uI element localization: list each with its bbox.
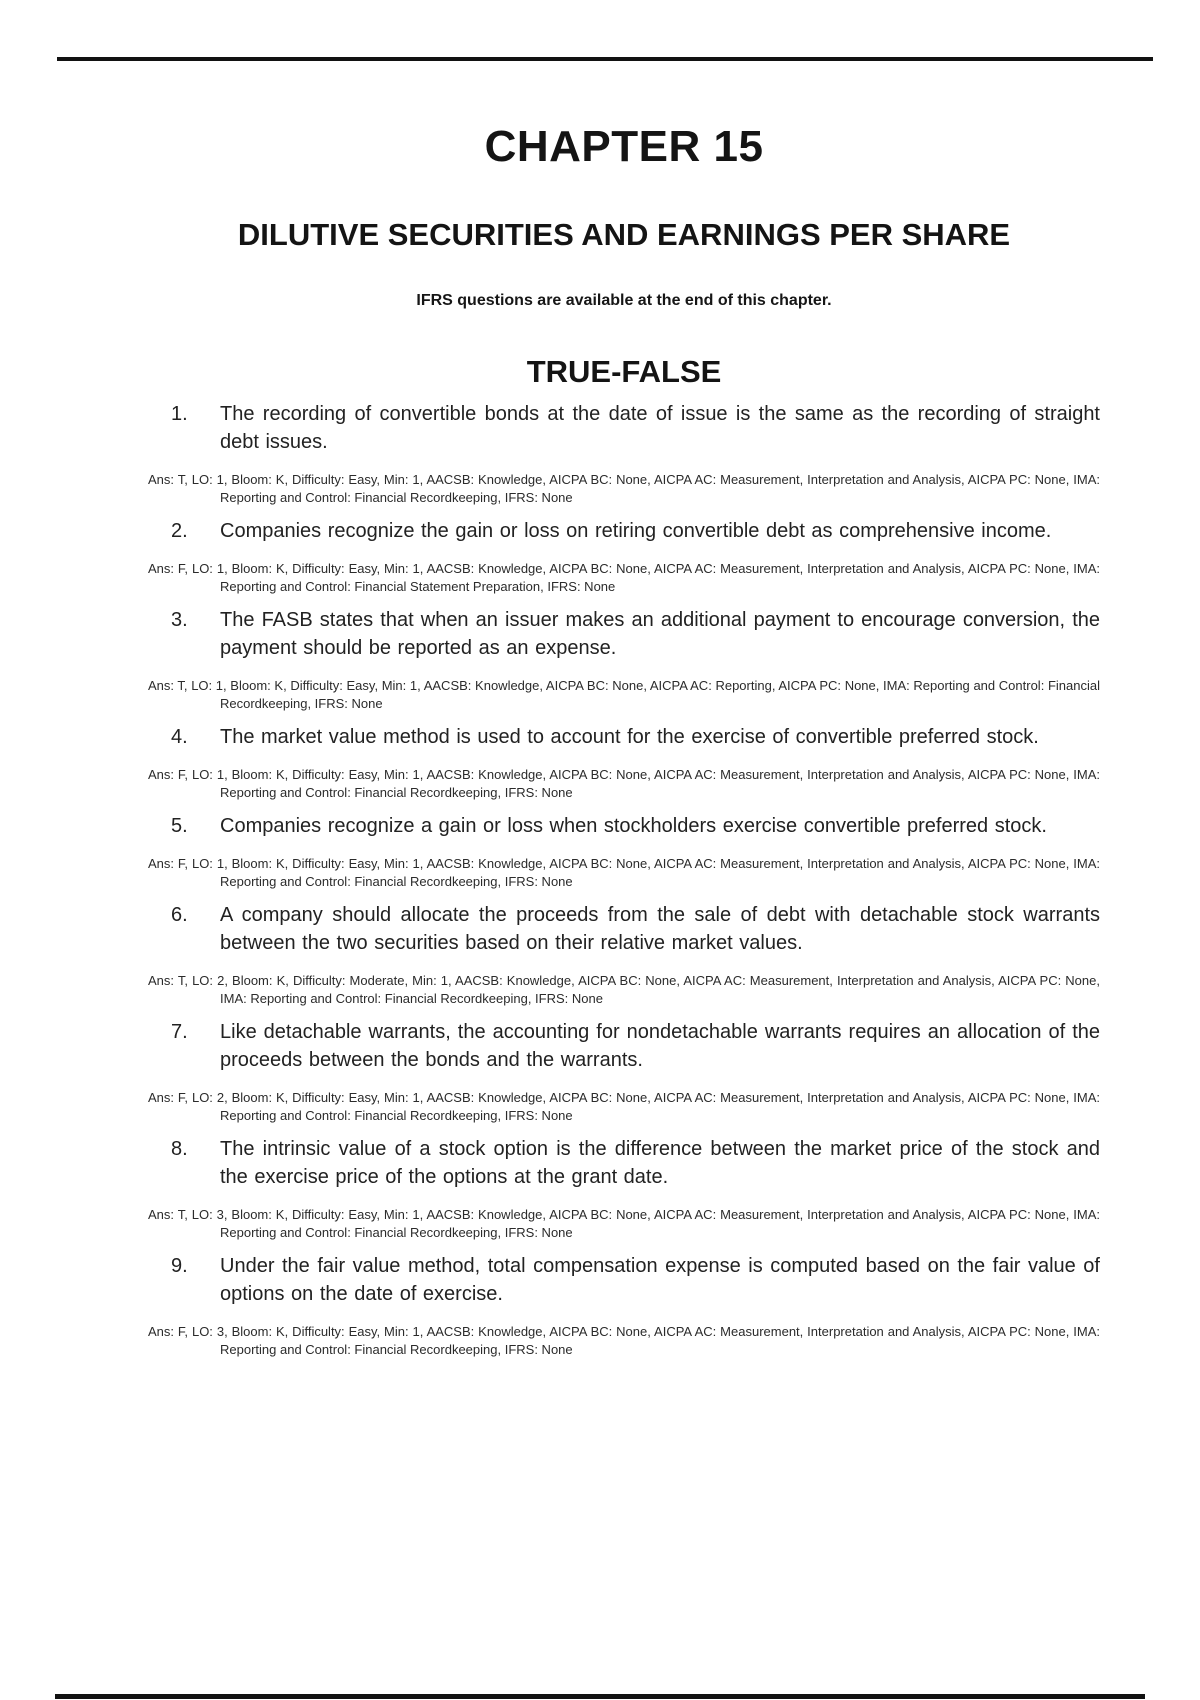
question-number: 9. xyxy=(148,1252,220,1308)
question-number: 8. xyxy=(148,1135,220,1191)
question-number: 4. xyxy=(148,723,220,751)
answer-line: Ans: T, LO: 1, Bloom: K, Difficulty: Eas… xyxy=(148,677,1100,713)
question-text: Companies recognize a gain or loss when … xyxy=(220,812,1100,840)
question: 9. Under the fair value method, total co… xyxy=(148,1252,1100,1308)
question: 7. Like detachable warrants, the account… xyxy=(148,1018,1100,1074)
question-text: A company should allocate the proceeds f… xyxy=(220,901,1100,957)
question-text: Companies recognize the gain or loss on … xyxy=(220,517,1100,545)
answer-line: Ans: T, LO: 3, Bloom: K, Difficulty: Eas… xyxy=(148,1206,1100,1242)
answer-line: Ans: F, LO: 2, Bloom: K, Difficulty: Eas… xyxy=(148,1089,1100,1125)
question-block: 2. Companies recognize the gain or loss … xyxy=(148,517,1100,596)
document-page: CHAPTER 15 DILUTIVE SECURITIES AND EARNI… xyxy=(0,0,1200,1700)
question: 3. The FASB states that when an issuer m… xyxy=(148,606,1100,662)
section-heading: TRUE-FALSE xyxy=(148,354,1100,390)
question-text: The recording of convertible bonds at th… xyxy=(220,400,1100,456)
question: 8. The intrinsic value of a stock option… xyxy=(148,1135,1100,1191)
answer-line: Ans: T, LO: 2, Bloom: K, Difficulty: Mod… xyxy=(148,972,1100,1008)
answer-line: Ans: F, LO: 3, Bloom: K, Difficulty: Eas… xyxy=(148,1323,1100,1359)
question-number: 5. xyxy=(148,812,220,840)
question-block: 6. A company should allocate the proceed… xyxy=(148,901,1100,1008)
question-number: 2. xyxy=(148,517,220,545)
question-number: 6. xyxy=(148,901,220,957)
question-number: 7. xyxy=(148,1018,220,1074)
bottom-rule xyxy=(55,1694,1145,1699)
question-text: Under the fair value method, total compe… xyxy=(220,1252,1100,1308)
answer-line: Ans: F, LO: 1, Bloom: K, Difficulty: Eas… xyxy=(148,560,1100,596)
question-list: 1. The recording of convertible bonds at… xyxy=(148,400,1100,1359)
question: 1. The recording of convertible bonds at… xyxy=(148,400,1100,456)
question: 6. A company should allocate the proceed… xyxy=(148,901,1100,957)
question-block: 3. The FASB states that when an issuer m… xyxy=(148,606,1100,713)
question-text: The intrinsic value of a stock option is… xyxy=(220,1135,1100,1191)
question-block: 1. The recording of convertible bonds at… xyxy=(148,400,1100,507)
question: 5. Companies recognize a gain or loss wh… xyxy=(148,812,1100,840)
question-number: 3. xyxy=(148,606,220,662)
question-block: 9. Under the fair value method, total co… xyxy=(148,1252,1100,1359)
chapter-subtitle: DILUTIVE SECURITIES AND EARNINGS PER SHA… xyxy=(148,217,1100,253)
question-text: Like detachable warrants, the accounting… xyxy=(220,1018,1100,1074)
answer-line: Ans: F, LO: 1, Bloom: K, Difficulty: Eas… xyxy=(148,855,1100,891)
page-content: CHAPTER 15 DILUTIVE SECURITIES AND EARNI… xyxy=(148,61,1100,1359)
question-text: The FASB states that when an issuer make… xyxy=(220,606,1100,662)
question-block: 5. Companies recognize a gain or loss wh… xyxy=(148,812,1100,891)
question-block: 8. The intrinsic value of a stock option… xyxy=(148,1135,1100,1242)
question-block: 7. Like detachable warrants, the account… xyxy=(148,1018,1100,1125)
ifrs-note: IFRS questions are available at the end … xyxy=(148,291,1100,310)
question-text: The market value method is used to accou… xyxy=(220,723,1100,751)
question-number: 1. xyxy=(148,400,220,456)
question: 4. The market value method is used to ac… xyxy=(148,723,1100,751)
question-block: 4. The market value method is used to ac… xyxy=(148,723,1100,802)
chapter-title: CHAPTER 15 xyxy=(148,123,1100,171)
answer-line: Ans: F, LO: 1, Bloom: K, Difficulty: Eas… xyxy=(148,766,1100,802)
question: 2. Companies recognize the gain or loss … xyxy=(148,517,1100,545)
answer-line: Ans: T, LO: 1, Bloom: K, Difficulty: Eas… xyxy=(148,471,1100,507)
